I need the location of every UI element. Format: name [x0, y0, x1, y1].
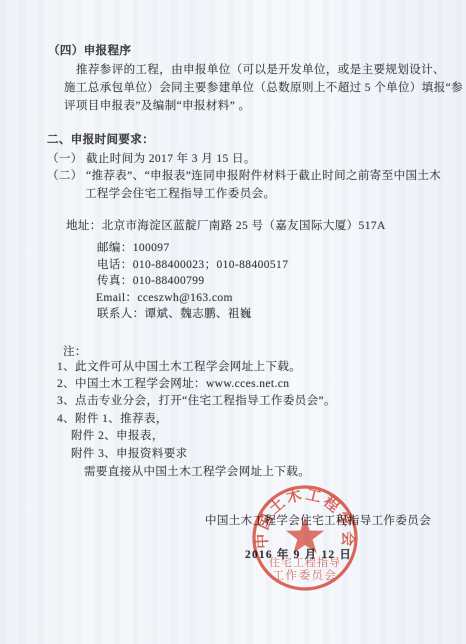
- list-item-2-line2: 工程学会住宅工程指导工作委员会。: [85, 187, 275, 201]
- section2-heading: 二、申报时间要求：: [47, 133, 154, 147]
- star-icon: [286, 517, 324, 553]
- note-line-2: 2、中国土木工程学会网址：www.cces.net.cn: [57, 377, 289, 391]
- note-line-3: 3、点击专业分会，打开“住宅工程指导工作委员会”。: [57, 394, 336, 408]
- postcode-line: 邮编：100097: [97, 241, 170, 255]
- note-line-4b: 附件 2、申报表，: [71, 429, 164, 443]
- seal-text-line1: 住宅工程指导: [269, 555, 341, 569]
- section4-heading: （四）申报程序: [48, 44, 131, 58]
- fax-line: 传真：010-88400799: [97, 274, 205, 288]
- note-line-4d: 需要直接从中国土木工程学会网址上下载。: [84, 465, 310, 479]
- paragraph-line: 评项目申报表”及编制“申报材料” 。: [64, 99, 250, 113]
- paragraph-line: 推荐参评的工程，由申报单位（可以是开发单位，或是主要规划设计、: [76, 63, 445, 77]
- official-seal: 中国土木工程学会 住宅工程指导 工作委员会: [246, 479, 364, 597]
- address-line: 地址：北京市海淀区蓝靛厂南路 25 号（嘉友国际大厦）517A: [66, 219, 386, 233]
- notes-label: 注：: [63, 345, 87, 359]
- paragraph-line: 施工总承包单位）会同主要参建单位（总数原则上不超过 5 个单位）填报“参: [64, 81, 463, 95]
- phone-line: 电话：010-88400023；010-88400517: [97, 258, 288, 272]
- note-line-4c: 附件 3、申报资料要求: [71, 447, 188, 461]
- note-line-1: 1、此文件可从中国土木工程学会网址上下载。: [57, 360, 301, 374]
- seal-text-line2: 工作委员会: [273, 568, 338, 582]
- scanned-document-page: （四）申报程序 推荐参评的工程，由申报单位（可以是开发单位，或是主要规划设计、 …: [0, 0, 466, 644]
- email-line: Email：cceszwh@163.com: [96, 291, 233, 305]
- list-item-1: （一） 截止时间为 2017 年 3 月 15 日。: [47, 152, 256, 166]
- contact-persons-line: 联系人：谭斌、魏志鹏、祖巍: [97, 307, 252, 321]
- list-item-2-line1: （二） “推荐表”、“申报表”连同申报附件材料于截止时间之前寄至中国土木: [47, 169, 441, 183]
- note-line-4: 4、附件 1、推荐表，: [57, 412, 168, 426]
